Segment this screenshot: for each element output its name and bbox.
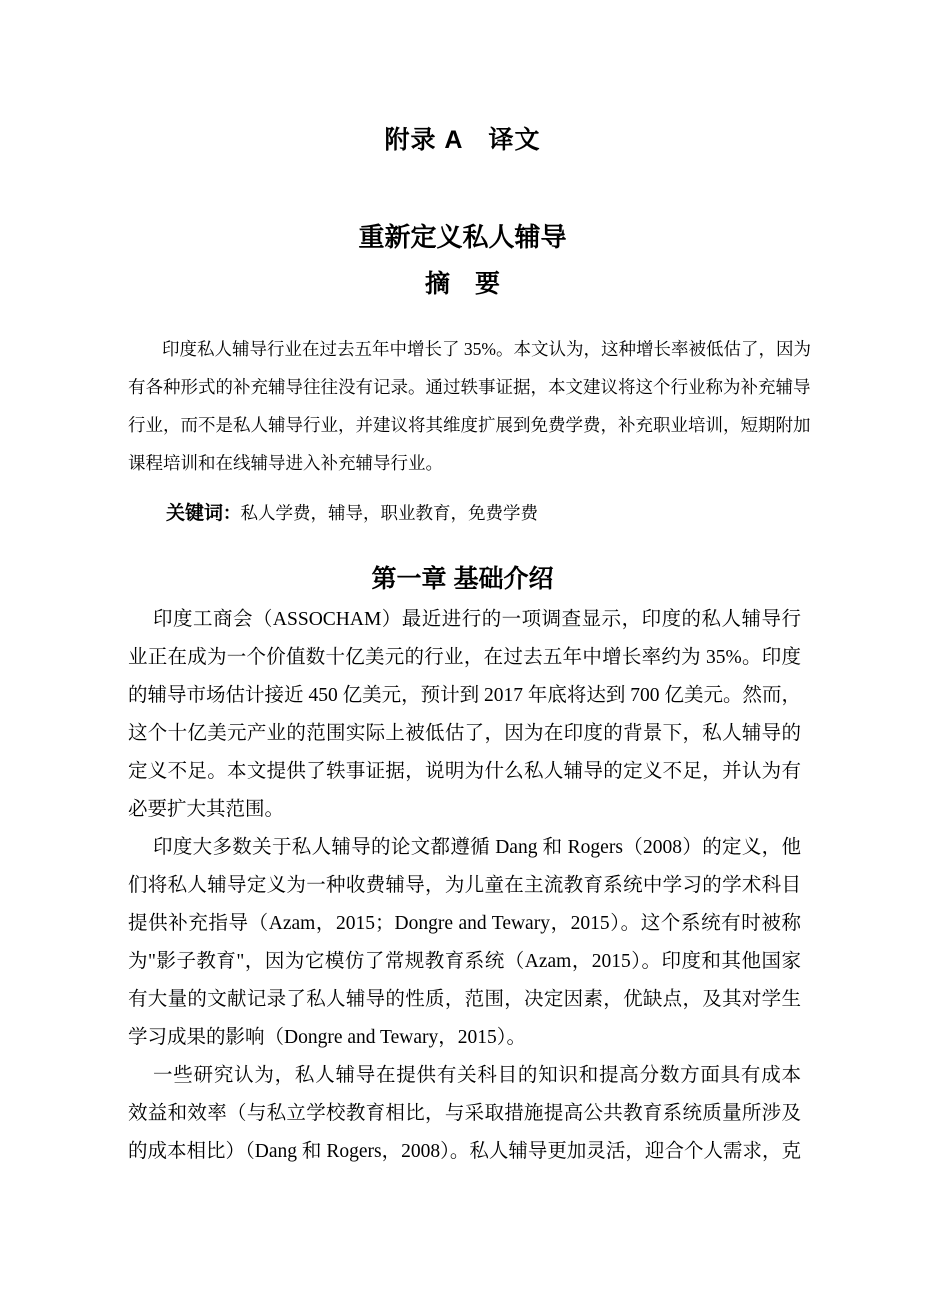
chapter-heading: 第一章 基础介绍 bbox=[0, 559, 925, 595]
body-text-line: 有大量的文献记录了私人辅导的性质，范围，决定因素，优缺点，及其对学生 bbox=[128, 981, 801, 1019]
keywords-line: 关键词：私人学费，辅导，职业教育，免费学费 bbox=[128, 494, 801, 532]
body-text-line: 印度工商会（ASSOCHAM）最近进行的一项调查显示，印度的私人辅导行 bbox=[128, 601, 801, 639]
body-text-line: 的辅导市场估计接近 450 亿美元，预计到 2017 年底将达到 700 亿美元… bbox=[128, 677, 801, 715]
keywords-text: 私人学费，辅导，职业教育，免费学费 bbox=[241, 503, 539, 523]
abstract-line: 有各种形式的补充辅导往往没有记录。通过轶事证据，本文建议将这个行业称为补充辅导 bbox=[128, 368, 801, 406]
body-text-line: 们将私人辅导定义为一种收费辅导，为儿童在主流教育系统中学习的学术科目 bbox=[128, 867, 801, 905]
body-text-line: 定义不足。本文提供了轶事证据，说明为什么私人辅导的定义不足，并认为有 bbox=[128, 753, 801, 791]
appendix-title: 附录 A 译文 bbox=[0, 120, 925, 156]
abstract-paragraph: 印度私人辅导行业在过去五年中增长了 35%。本文认为，这种增长率被低估了，因为有… bbox=[128, 330, 801, 482]
abstract-line: 行业，而不是私人辅导行业，并建议将其维度扩展到免费学费，补充职业培训，短期附加 bbox=[128, 406, 801, 444]
body-text-line: 为"影子教育"，因为它模仿了常规教育系统（Azam，2015）。印度和其他国家 bbox=[128, 943, 801, 981]
chapter-body: 印度工商会（ASSOCHAM）最近进行的一项调查显示，印度的私人辅导行业正在成为… bbox=[128, 601, 801, 1171]
abstract-heading: 摘 要 bbox=[0, 264, 925, 300]
body-text-line: 业正在成为一个价值数十亿美元的行业，在过去五年中增长率约为 35%。印度 bbox=[128, 639, 801, 677]
body-text-line: 学习成果的影响（Dongre and Tewary，2015）。 bbox=[128, 1019, 801, 1057]
body-text-line: 提供补充指导（Azam，2015；Dongre and Tewary，2015）… bbox=[128, 905, 801, 943]
body-text-line: 的成本相比）（Dang 和 Rogers，2008）。私人辅导更加灵活，迎合个人… bbox=[128, 1133, 801, 1171]
abstract-line: 印度私人辅导行业在过去五年中增长了 35%。本文认为，这种增长率被低估了，因为 bbox=[128, 330, 801, 368]
body-text-line: 这个十亿美元产业的范围实际上被低估了，因为在印度的背景下，私人辅导的 bbox=[128, 715, 801, 753]
keywords-separator: ： bbox=[223, 503, 241, 523]
body-text-line: 印度大多数关于私人辅导的论文都遵循 Dang 和 Rogers（2008）的定义… bbox=[128, 829, 801, 867]
document-page: 附录 A 译文 重新定义私人辅导 摘 要 印度私人辅导行业在过去五年中增长了 3… bbox=[0, 0, 925, 1309]
abstract-line: 课程培训和在线辅导进入补充辅导行业。 bbox=[128, 444, 801, 482]
keywords-label: 关键词 bbox=[166, 503, 223, 524]
body-text-line: 必要扩大其范围。 bbox=[128, 791, 801, 829]
article-title: 重新定义私人辅导 bbox=[0, 217, 925, 254]
body-text-line: 效益和效率（与私立学校教育相比，与采取措施提高公共教育系统质量所涉及 bbox=[128, 1095, 801, 1133]
body-text-line: 一些研究认为，私人辅导在提供有关科目的知识和提高分数方面具有成本 bbox=[128, 1057, 801, 1095]
